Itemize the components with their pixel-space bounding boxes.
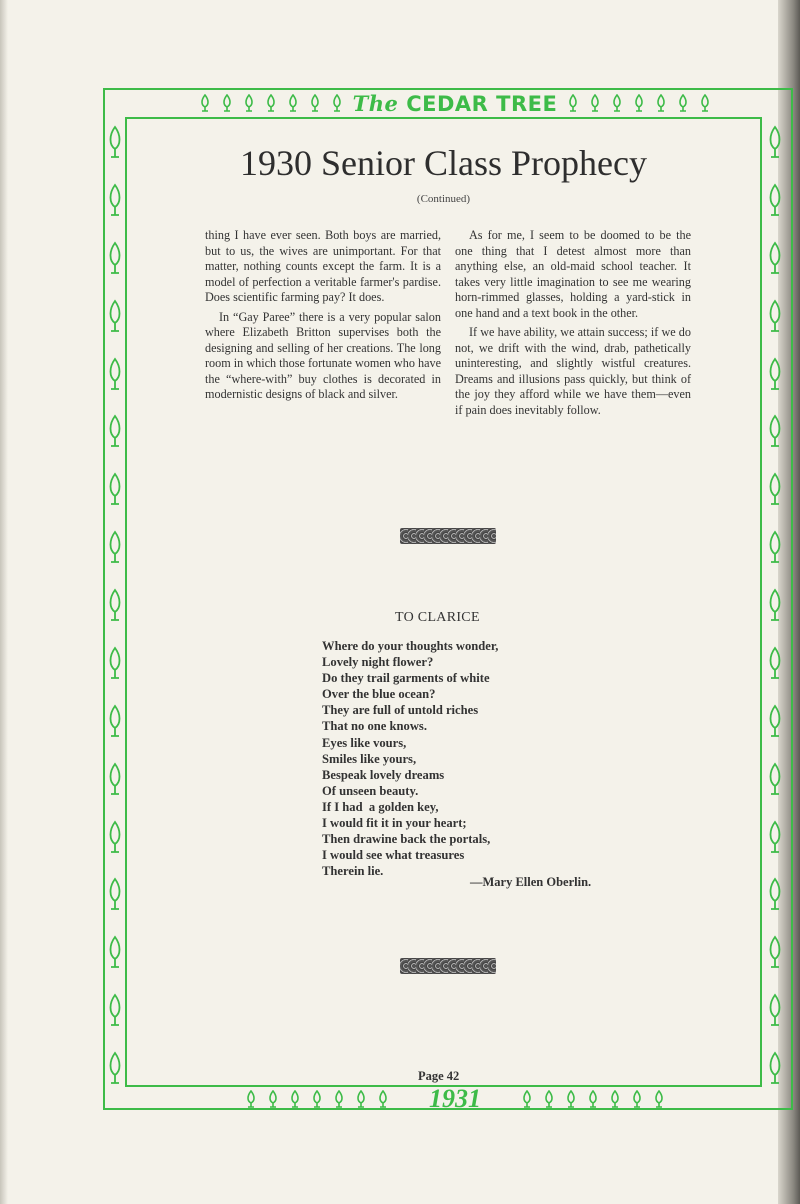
cedar-tree-icon [767, 935, 783, 969]
cedar-tree-icon [655, 94, 667, 112]
cedar-tree-icon [245, 1090, 257, 1108]
cedar-tree-icon [767, 1051, 783, 1085]
poem-body: Where do your thoughts wonder, Lovely ni… [322, 638, 498, 879]
cedar-tree-icon [265, 94, 277, 112]
paragraph: In “Gay Paree” there is a very popular s… [205, 310, 441, 403]
cedar-tree-icon [767, 472, 783, 506]
page-number: Page 42 [418, 1069, 459, 1084]
tree-row-right [567, 94, 711, 112]
ornament-divider-icon [400, 528, 496, 544]
cedar-tree-icon [767, 762, 783, 796]
tree-column-right [765, 125, 785, 1085]
cedar-tree-icon [631, 1090, 643, 1108]
cedar-tree-icon [107, 414, 123, 448]
cedar-tree-icon [587, 1090, 599, 1108]
cedar-tree-icon [331, 94, 343, 112]
ornament-divider-icon [400, 958, 496, 974]
cedar-tree-icon [289, 1090, 301, 1108]
cedar-tree-icon [287, 94, 299, 112]
tree-row-left [199, 94, 343, 112]
cedar-tree-icon [107, 588, 123, 622]
poem-line: That no one knows. [322, 718, 498, 734]
masthead-the: The [353, 91, 399, 116]
page-gutter-left [0, 0, 8, 1204]
poem-line: Where do your thoughts wonder, [322, 638, 498, 654]
poem-line: Lovely night flower? [322, 654, 498, 670]
poem-author: —Mary Ellen Oberlin. [470, 875, 591, 890]
cedar-tree-icon [767, 183, 783, 217]
cedar-tree-icon [311, 1090, 323, 1108]
cedar-tree-icon [609, 1090, 621, 1108]
cedar-tree-icon [267, 1090, 279, 1108]
cedar-tree-icon [107, 472, 123, 506]
article-column-left: thing I have ever seen. Both boys are ma… [205, 228, 441, 407]
poem-line: Eyes like vours, [322, 735, 498, 751]
poem-line: They are full of untold riches [322, 702, 498, 718]
cedar-tree-icon [543, 1090, 555, 1108]
masthead-strip: The CEDAR TREE [125, 90, 785, 116]
cedar-tree-icon [767, 357, 783, 391]
cedar-tree-icon [243, 94, 255, 112]
cedar-tree-icon [377, 1090, 389, 1108]
poem-line: Then drawine back the portals, [322, 831, 498, 847]
cedar-tree-icon [767, 241, 783, 275]
article-column-right: As for me, I seem to be doomed to be the… [455, 228, 691, 422]
cedar-tree-icon [611, 94, 623, 112]
cedar-tree-icon [767, 704, 783, 738]
cedar-tree-icon [107, 820, 123, 854]
cedar-tree-icon [355, 1090, 367, 1108]
cedar-tree-icon [199, 94, 211, 112]
cedar-tree-icon [107, 646, 123, 680]
cedar-tree-icon [107, 125, 123, 159]
paragraph: As for me, I seem to be doomed to be the… [455, 228, 691, 321]
cedar-tree-icon [333, 1090, 345, 1108]
cedar-tree-icon [107, 993, 123, 1027]
tree-row-left [245, 1090, 389, 1108]
cedar-tree-icon [107, 530, 123, 564]
masthead-title: The CEDAR TREE [353, 91, 558, 116]
poem-line: Over the blue ocean? [322, 686, 498, 702]
masthead-name: CEDAR TREE [406, 92, 557, 116]
cedar-tree-icon [633, 94, 645, 112]
yearbook-year: 1931 [429, 1084, 481, 1114]
poem-line: If I had a golden key, [322, 799, 498, 815]
cedar-tree-icon [767, 125, 783, 159]
cedar-tree-icon [107, 1051, 123, 1085]
cedar-tree-icon [767, 820, 783, 854]
poem-line: Bespeak lovely dreams [322, 767, 498, 783]
cedar-tree-icon [107, 935, 123, 969]
poem-line: Smiles like yours, [322, 751, 498, 767]
cedar-tree-icon [677, 94, 689, 112]
cedar-tree-icon [107, 762, 123, 796]
article-subtitle: (Continued) [125, 193, 762, 205]
poem-line: I would see what treasures [322, 847, 498, 863]
cedar-tree-icon [565, 1090, 577, 1108]
cedar-tree-icon [767, 299, 783, 333]
cedar-tree-icon [107, 357, 123, 391]
tree-column-left [105, 125, 125, 1085]
cedar-tree-icon [107, 241, 123, 275]
article-title: 1930 Senior Class Prophecy [125, 142, 762, 184]
cedar-tree-icon [221, 94, 233, 112]
cedar-tree-icon [309, 94, 321, 112]
tree-row-right [521, 1090, 665, 1108]
paragraph: thing I have ever seen. Both boys are ma… [205, 228, 441, 306]
cedar-tree-icon [767, 414, 783, 448]
poem-title: TO CLARICE [395, 610, 480, 626]
cedar-tree-icon [107, 183, 123, 217]
cedar-tree-icon [107, 877, 123, 911]
footer-strip: 1931 [125, 1087, 785, 1111]
cedar-tree-icon [107, 299, 123, 333]
cedar-tree-icon [699, 94, 711, 112]
cedar-tree-icon [653, 1090, 665, 1108]
cedar-tree-icon [589, 94, 601, 112]
cedar-tree-icon [767, 993, 783, 1027]
cedar-tree-icon [767, 588, 783, 622]
poem-line: Do they trail garments of white [322, 670, 498, 686]
cedar-tree-icon [767, 530, 783, 564]
cedar-tree-icon [107, 704, 123, 738]
paragraph: If we have ability, we attain success; i… [455, 325, 691, 418]
cedar-tree-icon [767, 877, 783, 911]
poem-line: I would fit it in your heart; [322, 815, 498, 831]
cedar-tree-icon [567, 94, 579, 112]
cedar-tree-icon [767, 646, 783, 680]
poem-line: Of unseen beauty. [322, 783, 498, 799]
cedar-tree-icon [521, 1090, 533, 1108]
